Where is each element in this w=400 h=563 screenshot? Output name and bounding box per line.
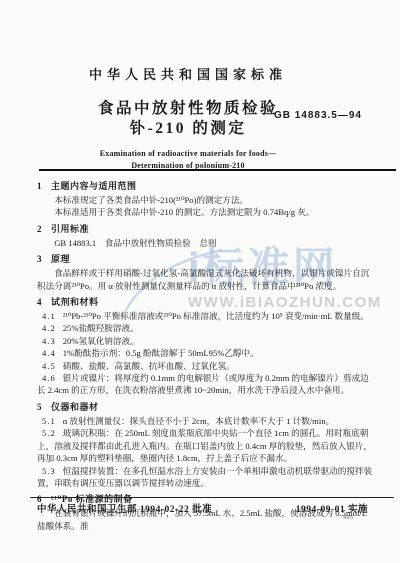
section-5-heading: 5仪器和器材 xyxy=(37,401,374,414)
document-title-line2: 钋-210 的测定 xyxy=(38,119,338,139)
section-number: 4 xyxy=(37,297,42,307)
header-divider xyxy=(39,169,396,171)
page-number: 495 xyxy=(343,515,354,521)
list-item: 4.225%盐酸羟胺溶液。 xyxy=(37,322,374,334)
standard-code: GB 14883.5—94 xyxy=(274,110,362,121)
document-footer: 中华人民共和国卫生部 1994-02-22 批准 1994-09-01 实施 xyxy=(37,501,368,515)
paragraph: GB 14883.1 食品中放射性物质检验 总则 xyxy=(37,237,374,249)
item-number: 5.1 xyxy=(42,416,56,426)
section-title: 试剂和材料 xyxy=(51,297,99,307)
document-page: i标准网 WWW.iBIAOZHUN.COM 中华人民共和国国家标准 食品中放射… xyxy=(0,0,400,563)
list-item: 4.320%氢氧化钠溶液。 xyxy=(37,335,374,347)
national-standard-label: 中华人民共和国国家标准 xyxy=(38,64,338,83)
item-number: 5.3 xyxy=(42,466,56,476)
implementation-note: 1994-09-01 实施 xyxy=(296,501,368,515)
list-item: 5.1α 放射性测量仪：探头直径不小于 2cm，本底计数率不大于 1 计数/mi… xyxy=(37,415,374,427)
item-text: 20%氢氧化钠溶液。 xyxy=(63,336,139,346)
approval-note: 中华人民共和国卫生部 1994-02-22 批准 xyxy=(37,501,212,515)
item-number: 4.2 xyxy=(42,323,56,333)
list-item: 4.41%酚酞指示剂：0.5g 酚酞溶解于 50mL95%乙醇中。 xyxy=(37,347,374,359)
list-item: 4.6银片或镍片：将厚度约 0.1mm 的电解银片（或厚度为 0.2mm 的电解… xyxy=(37,372,374,397)
item-number: 4.3 xyxy=(42,336,56,346)
item-text: 1%酚酞指示剂：0.5g 酚酞溶解于 50mL95%乙醇中。 xyxy=(63,348,259,358)
section-title: 原理 xyxy=(51,254,70,264)
item-text: 银片或镍片：将厚度约 0.1mm 的电解银片（或厚度为 0.2mm 的电解镍片）… xyxy=(37,373,369,395)
list-item: 5.2玻璃沉积瓶：在 250mL 刻度血浆瓶底部中央钻一个直径 1cm 的圆孔。… xyxy=(37,427,374,464)
paragraph: 本标准适用于各类食品中钋-210 的测定。方法测定限为 0.74Bq/g 灰。 xyxy=(37,206,374,218)
list-item: 5.3恒温搅拌装置：在多孔恒温水浴上方安装由一个单相串激电动机联带驱动的搅拌装置… xyxy=(37,465,374,490)
item-number: 4.1 xyxy=(42,311,56,321)
section-1-heading: 1主题内容与适用范围 xyxy=(37,180,374,193)
document-body: 1主题内容与适用范围 本标准规定了各类食品中钋-210(²¹⁰Po)的测定方法。… xyxy=(37,176,374,532)
item-text: 玻璃沉积瓶：在 250mL 刻度血浆瓶底部中央钻一个直径 1cm 的圆孔。用时瓶… xyxy=(37,428,372,463)
english-title-line1: Examination of radioactive materials for… xyxy=(38,148,338,160)
footer-divider xyxy=(30,497,394,498)
section-number: 1 xyxy=(37,181,42,191)
section-number: 5 xyxy=(37,402,42,412)
paragraph: 食品鲜样或干样用硝酸-过氧化氢-高氯酸湿式灰化法破坏有机物，以银片或镍片自沉积法… xyxy=(37,267,374,292)
document-header: 中华人民共和国国家标准 食品中放射性物质检验 钋-210 的测定 GB 1488… xyxy=(38,64,370,172)
section-number: 2 xyxy=(37,224,42,234)
section-title: 主题内容与适用范围 xyxy=(51,181,137,191)
list-item: 4.5硝酸、盐酸、高氯酸、抗坏血酸、过氧化氢。 xyxy=(37,360,374,372)
section-4-heading: 4试剂和材料 xyxy=(37,296,374,309)
section-2-heading: 2引用标准 xyxy=(37,223,374,236)
list-item: 4.1²¹⁰Pb-²¹⁰Po 平衡标准溶液或²¹⁰Po 标准溶液，比活度约为 1… xyxy=(37,310,374,322)
item-text: α 放射性测量仪：探头直径不小于 2cm，本底计数率不大于 1 计数/min。 xyxy=(63,416,334,426)
item-text: 恒温搅拌装置：在多孔恒温水浴上方安装由一个单相串激电动机联带驱动的搅拌装置，串联… xyxy=(37,466,372,488)
item-number: 4.6 xyxy=(42,373,56,383)
section-title: 引用标准 xyxy=(51,224,89,234)
section-number: 3 xyxy=(37,254,42,264)
item-text: ²¹⁰Pb-²¹⁰Po 平衡标准溶液或²¹⁰Po 标准溶液，比活度约为 10⁵ … xyxy=(63,311,369,321)
item-text: 硝酸、盐酸、高氯酸、抗坏血酸、过氧化氢。 xyxy=(63,361,235,371)
section-title: 仪器和器材 xyxy=(51,402,99,412)
item-text: 25%盐酸羟胺溶液。 xyxy=(63,323,139,333)
item-number: 4.4 xyxy=(42,348,56,358)
item-number: 4.5 xyxy=(42,361,56,371)
item-number: 5.2 xyxy=(42,428,56,438)
paragraph: 本标准规定了各类食品中钋-210(²¹⁰Po)的测定方法。 xyxy=(37,194,374,206)
section-3-heading: 3原理 xyxy=(37,253,374,266)
